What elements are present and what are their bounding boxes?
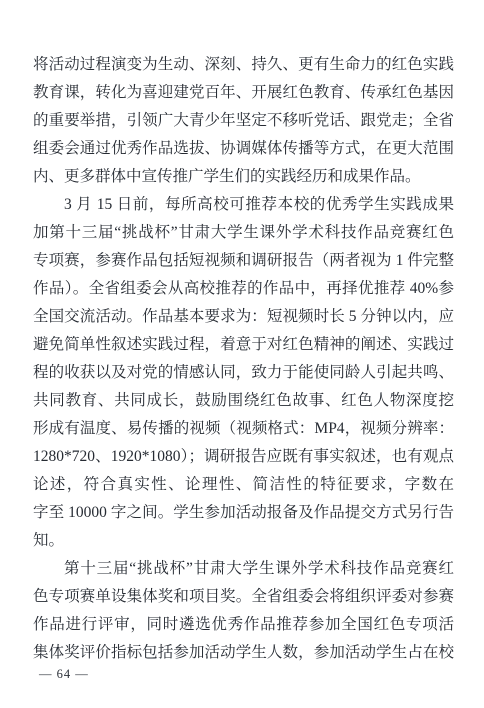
body-line: 第十三届“挑战杯”甘肃大学生课外学术科技作品竞赛红 [33,555,454,583]
body-line: 共同教育、共同成长，鼓励围绕红色故事、红色人物深度挖掘， [33,387,454,415]
body-line: 3 月 15 日前，每所高校可推荐本校的优秀学生实践成果参 [33,191,454,219]
body-line: 教育课，转化为喜迎建党百年、开展红色教育、传承红色基因 [33,79,454,107]
paragraph: 将活动过程演变为生动、深刻、持久、更有生命力的红色实践 教育课，转化为喜迎建党百… [33,51,454,191]
body-line: 字至 10000 字之间。学生参加活动报备及作品提交方式另行告 [33,499,454,527]
body-line: 内、更多群体中宣传推广学生们的实践经历和成果作品。 [33,163,454,191]
body-line: 程的收获以及对党的情感认同，致力于能使同龄人引起共鸣、 [33,359,454,387]
body-line: 论述，符合真实性、论理性、简洁性的特征要求，字数在 5000 [33,471,454,499]
body-line: 形成有温度、易传播的视频（视频格式：MP4，视频分辨率： [33,415,454,443]
body-line: 全国交流活动。作品基本要求为：短视频时长 5 分钟以内，应 [33,303,454,331]
body-line: 作品进行评审，同时遴选优秀作品推荐参加全国红色专项活动。 [33,611,454,639]
body-line: 集体奖评价指标包括参加活动学生人数，参加活动学生占在校 [33,639,454,667]
paragraph: 第十三届“挑战杯”甘肃大学生课外学术科技作品竞赛红 色专项赛单设集体奖和项目奖。… [33,555,454,667]
page-number: — 64 — [39,666,89,682]
body-line: 的重要举措，引领广大青少年坚定不移听党话、跟党走；全省 [33,107,454,135]
document-page: 将活动过程演变为生动、深刻、持久、更有生命力的红色实践 教育课，转化为喜迎建党百… [0,0,484,708]
body-line: 知。 [33,527,454,555]
body-line: 避免简单性叙述实践过程，着意于对红色精神的阐述、实践过 [33,331,454,359]
body-line: 色专项赛单设集体奖和项目奖。全省组委会将组织评委对参赛 [33,583,454,611]
body-line: 将活动过程演变为生动、深刻、持久、更有生命力的红色实践 [33,51,454,79]
body-line: 组委会通过优秀作品选拔、协调媒体传播等方式，在更大范围 [33,135,454,163]
document-body: 将活动过程演变为生动、深刻、持久、更有生命力的红色实践 教育课，转化为喜迎建党百… [33,51,454,667]
body-line: 加第十三届“挑战杯”甘肃大学生课外学术科技作品竞赛红色 [33,219,454,247]
paragraph: 3 月 15 日前，每所高校可推荐本校的优秀学生实践成果参 加第十三届“挑战杯”… [33,191,454,555]
body-line: 1280*720、1920*1080）；调研报告应既有事实叙述，也有观点 [33,443,454,471]
body-line: 作品）。全省组委会从高校推荐的作品中，再择优推荐 40%参加 [33,275,454,303]
body-line: 专项赛，参赛作品包括短视频和调研报告（两者视为 1 件完整 [33,247,454,275]
